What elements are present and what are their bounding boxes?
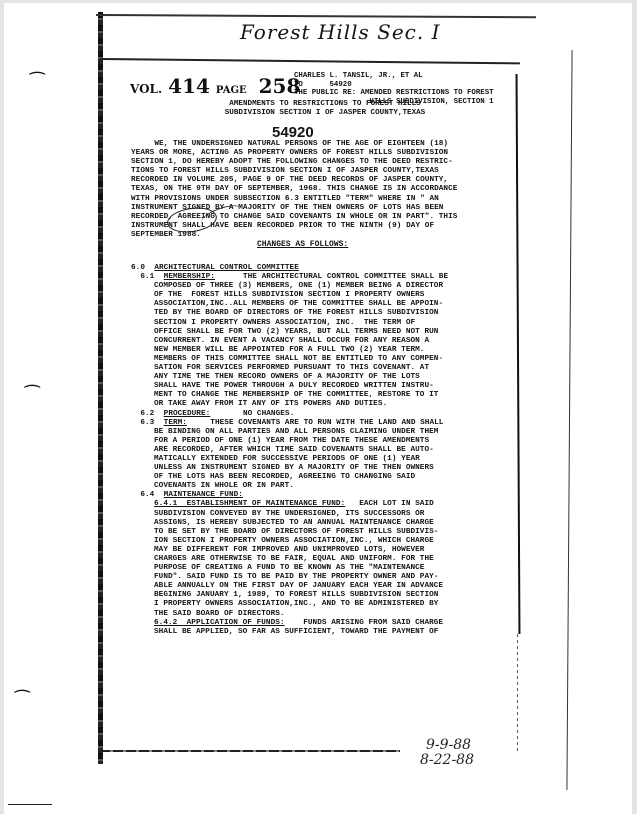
document-title-line: SUBDIVISION SECTION I OF JASPER COUNTY,T…: [195, 109, 455, 118]
handwritten-date: 9-9-88: [408, 738, 474, 753]
volume-label: VOL.: [130, 82, 162, 96]
subsection-title: 6.4.1 ESTABLISHMENT OF MAINTENANCE FUND:: [154, 500, 345, 508]
margin-line-mark: [8, 804, 52, 805]
handwritten-title: Forest Hills Sec. I: [240, 20, 440, 44]
viewer-frame-left: [0, 0, 4, 814]
handwritten-date: 8-22-88: [408, 753, 474, 768]
scan-form-top-rule: [100, 58, 520, 64]
section-text: FUNDS ARISING FROM SAID CHARGE: [285, 619, 444, 627]
handwritten-dates: 9-9-88 8-22-88: [408, 738, 474, 768]
hole-punch-mark-icon: ⁀: [25, 385, 39, 406]
section-title: ARCHITECTURAL CONTROL COMMITTEE: [154, 264, 299, 272]
section-number: 6.1: [140, 273, 154, 281]
section-title: PROCEDURE:: [164, 410, 211, 418]
document-number: 54920: [272, 124, 314, 141]
scan-form-right-rule: [516, 74, 521, 634]
hole-punch-mark-icon: ⁀: [15, 690, 29, 711]
section-number: 6.2: [140, 410, 154, 418]
section-title: MEMBERSHIP:: [164, 273, 215, 281]
section-text: NO CHANGES.: [210, 410, 294, 418]
sections-body: 6.0 ARCHITECTURAL CONTROL COMMITTEE 6.1 …: [131, 264, 448, 637]
volume-number: 414: [168, 74, 210, 98]
document-title-line: AMENDMENTS TO RESTRICTIONS TO FOREST HIL…: [195, 100, 455, 109]
changes-heading: CHANGES AS FOLLOWS:: [257, 240, 348, 249]
viewer-frame-top: [0, 0, 637, 3]
subsection-title: 6.4.2 APPLICATION OF FUNDS:: [154, 619, 285, 627]
section-text: COMPOSED OF THREE (3) MEMBERS, ONE (1) M…: [131, 282, 448, 409]
section-text: THESE COVENANTS ARE TO RUN WITH THE LAND…: [187, 419, 443, 427]
scan-page-top-edge: [96, 14, 536, 18]
scan-form-right-dotted-rule: [517, 634, 518, 754]
section-number: 6.4: [140, 491, 154, 499]
section-text: SHALL BE APPLIED, SO FAR AS SUFFICIENT, …: [131, 628, 448, 637]
section-text: SUBDIVISION CONVEYED BY THE UNDERSIGNED,…: [131, 510, 448, 619]
section-title: TERM:: [164, 419, 187, 427]
page-label: PAGE: [216, 85, 247, 96]
section-text: THE ARCHITECTURAL CONTROL COMMITTEE SHAL…: [215, 273, 448, 281]
volume-page-stamp: VOL. 414 PAGE 258: [130, 74, 300, 98]
section-number: 6.3: [140, 419, 154, 427]
document-title: AMENDMENTS TO RESTRICTIONS TO FOREST HIL…: [195, 100, 455, 118]
scan-page-right-edge: [566, 50, 572, 790]
viewer-frame-right: [632, 0, 637, 814]
section-title: MAINTENANCE FUND:: [164, 491, 243, 499]
section-text: EACH LOT IN SAID: [345, 500, 434, 508]
section-number: 6.0: [131, 264, 145, 272]
hole-punch-mark-icon: ⁀: [30, 72, 44, 93]
scan-page-left-edge: [98, 12, 103, 764]
section-text: BE BINDING ON ALL PARTIES AND ALL PERSON…: [131, 428, 448, 492]
scan-page-bottom-edge: [100, 750, 400, 752]
